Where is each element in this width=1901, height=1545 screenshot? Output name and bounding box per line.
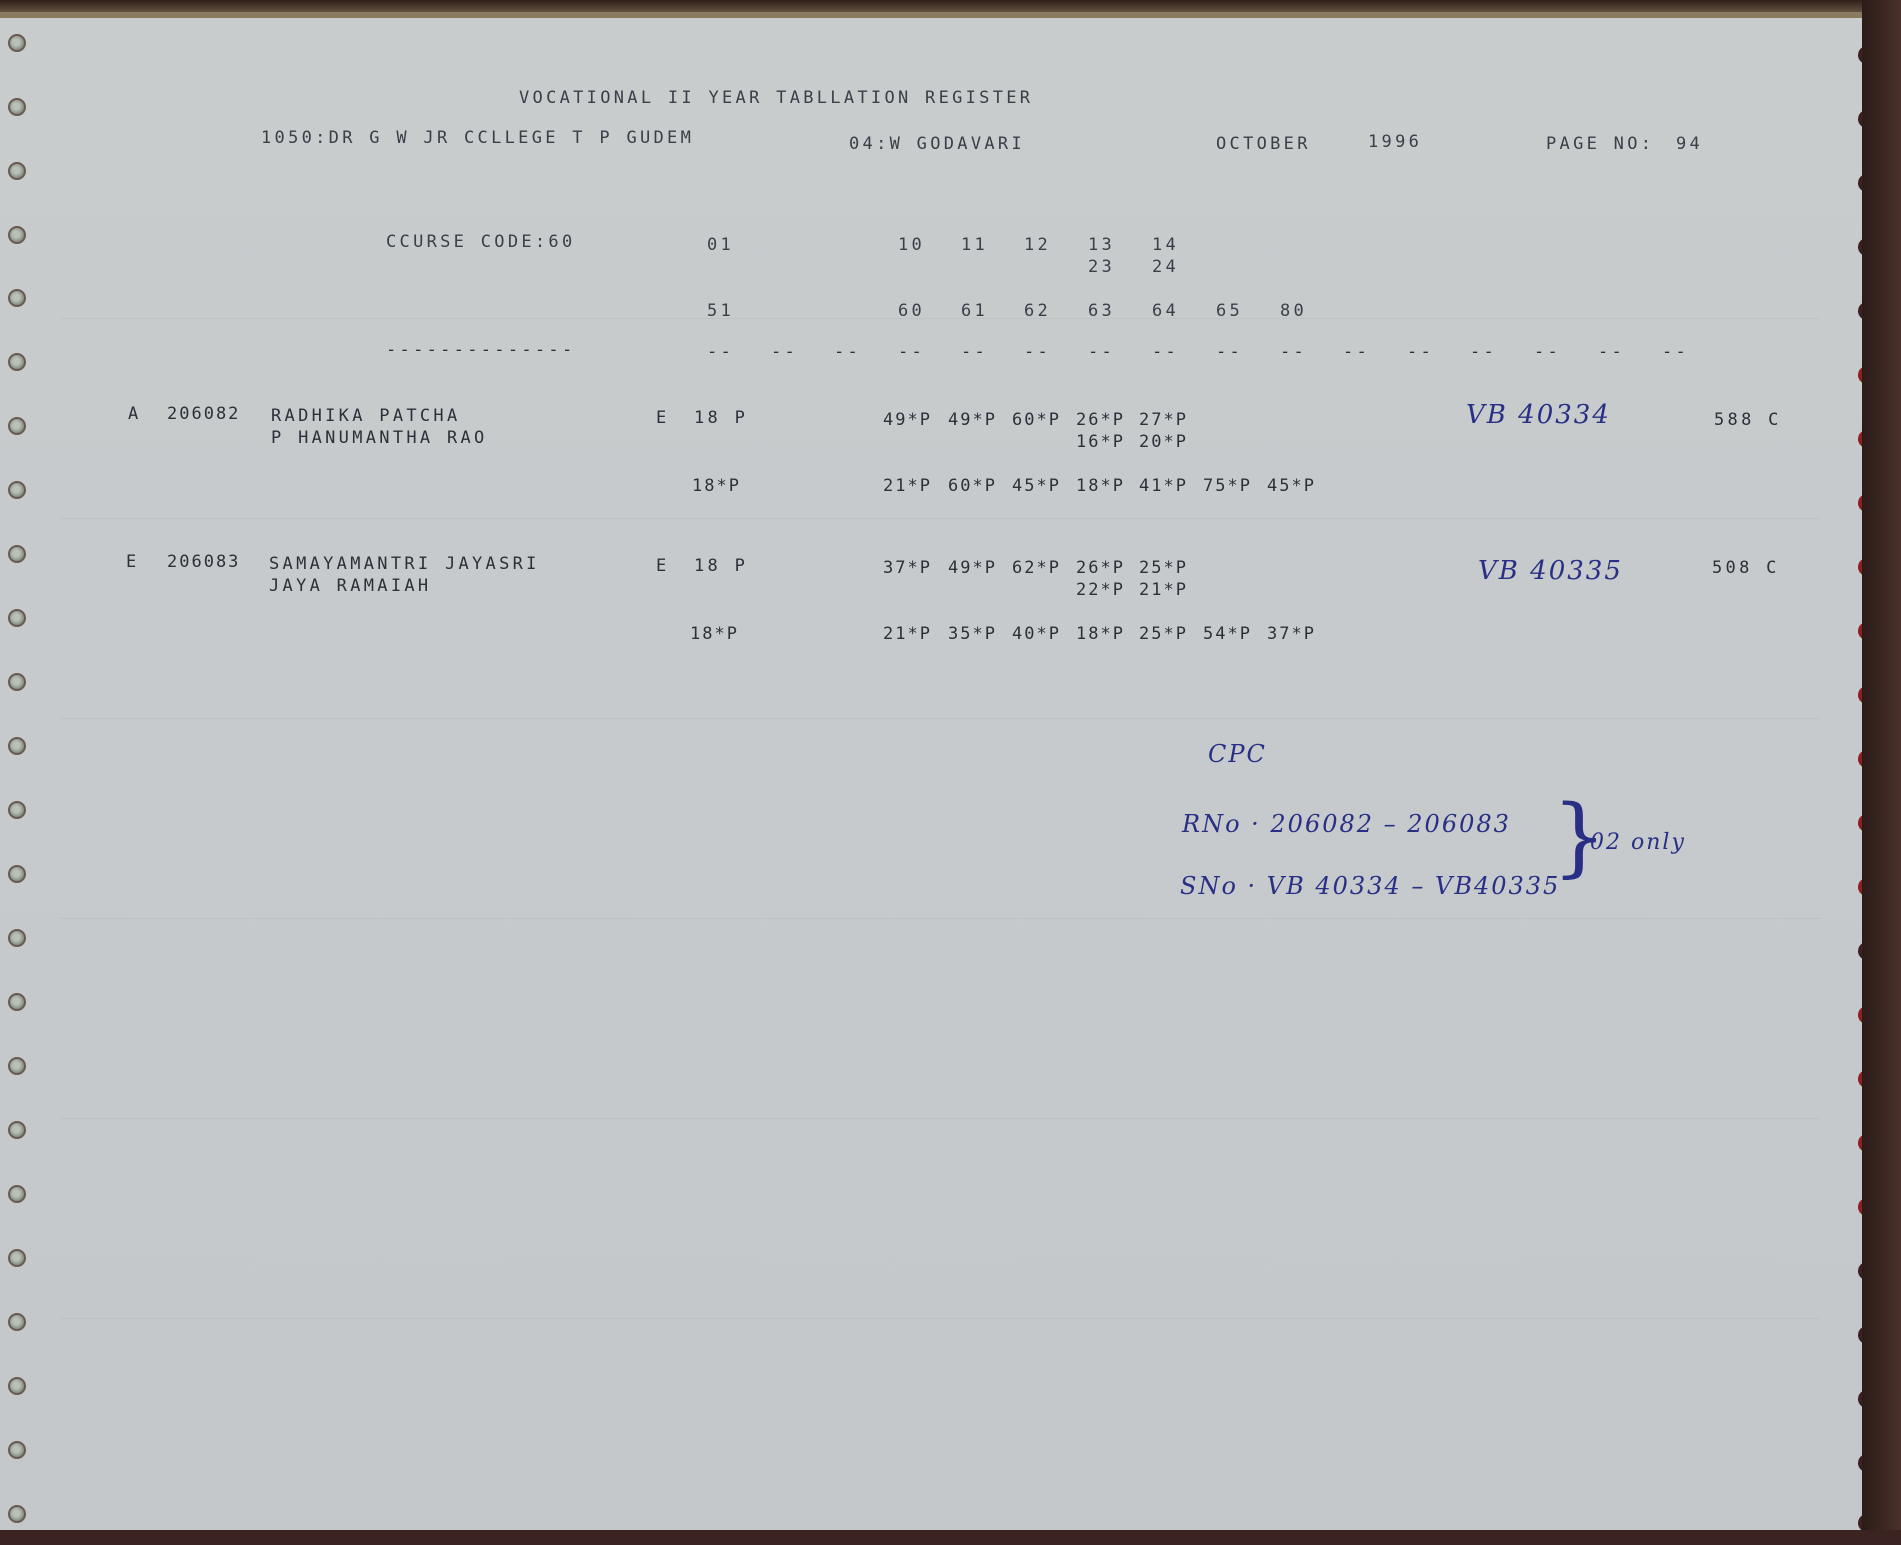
- subject-mark: 49*P: [948, 558, 997, 578]
- feed-hole-icon: [8, 353, 26, 371]
- subject-mark: 18*P: [1076, 476, 1125, 496]
- record-group: A: [128, 404, 142, 424]
- note-heading: CPC: [1208, 740, 1267, 768]
- page-label: PAGE NO:: [1546, 134, 1654, 154]
- roll-number: 206082: [167, 404, 240, 424]
- feed-hole-icon: [8, 34, 26, 52]
- handwritten-serial-number: VB 40335: [1478, 556, 1623, 586]
- dash-column: --: [771, 342, 798, 362]
- feed-hole-icon: [8, 1505, 26, 1523]
- dash-column: --: [1407, 342, 1434, 362]
- subject-mark: 25*P: [1139, 624, 1188, 644]
- parent-name: JAYA RAMAIAH: [269, 576, 431, 596]
- feed-hole-icon: [8, 98, 26, 116]
- dash-column: --: [1598, 342, 1625, 362]
- feed-hole-icon: [8, 545, 26, 563]
- subject-mark: 75*P: [1203, 476, 1252, 496]
- column-header: 12: [1024, 235, 1051, 255]
- dash-column: --: [961, 342, 988, 362]
- feed-hole-icon: [8, 1121, 26, 1139]
- course-code: CCURSE CODE:60: [386, 232, 576, 252]
- dash-column: --: [1662, 342, 1689, 362]
- column-header: 63: [1088, 301, 1115, 321]
- note-count: 02 only: [1590, 830, 1686, 855]
- ledger-line: [60, 918, 1820, 919]
- subject-mark: 60*P: [1012, 410, 1061, 430]
- medium: E: [656, 408, 670, 428]
- subject-mark: 22*P: [1076, 580, 1125, 600]
- district-name: 04:W GODAVARI: [849, 134, 1025, 154]
- subject-mark: 21*P: [883, 624, 932, 644]
- subject-mark: 21*P: [883, 476, 932, 496]
- dash-column: --: [1088, 342, 1115, 362]
- note-serial-range: SNo · VB 40334 – VB40335: [1180, 872, 1560, 900]
- feed-hole-icon: [8, 929, 26, 947]
- record-group: E: [126, 552, 140, 572]
- subject-mark: 49*P: [883, 410, 932, 430]
- column-header: 51: [707, 301, 734, 321]
- feed-hole-icon: [8, 1185, 26, 1203]
- subject-mark: 37*P: [883, 558, 932, 578]
- column-header: 14: [1152, 235, 1179, 255]
- subject-mark: 54*P: [1203, 624, 1252, 644]
- ledger-line: [60, 318, 1820, 319]
- right-background-edge: [1862, 0, 1901, 1545]
- part1-marks-second-year: 18*P: [692, 476, 741, 496]
- column-header: 23: [1088, 257, 1115, 277]
- roll-number: 206083: [167, 552, 240, 572]
- ledger-line: [60, 718, 1820, 719]
- feed-hole-icon: [8, 1377, 26, 1395]
- feed-hole-icon: [8, 801, 26, 819]
- total-marks: 588 C: [1714, 410, 1782, 430]
- column-header: 64: [1152, 301, 1179, 321]
- dash-column: --: [1280, 342, 1307, 362]
- subject-mark: 41*P: [1139, 476, 1188, 496]
- feed-hole-icon: [8, 226, 26, 244]
- page-number: 94: [1676, 134, 1703, 154]
- subject-mark: 37*P: [1267, 624, 1316, 644]
- student-name: RADHIKA PATCHA: [271, 406, 461, 426]
- feed-hole-icon: [8, 1313, 26, 1331]
- subject-mark: 21*P: [1139, 580, 1188, 600]
- student-name: SAMAYAMANTRI JAYASRI: [269, 554, 540, 574]
- feed-hole-icon: [8, 993, 26, 1011]
- subject-mark: 40*P: [1012, 624, 1061, 644]
- column-header: 11: [961, 235, 988, 255]
- part1-marks: 18 P: [694, 408, 748, 428]
- subject-mark: 60*P: [948, 476, 997, 496]
- subject-mark: 27*P: [1139, 410, 1188, 430]
- subject-mark: 45*P: [1267, 476, 1316, 496]
- feed-hole-icon: [8, 673, 26, 691]
- college-name: 1050:DR G W JR CCLLEGE T P GUDEM: [261, 128, 694, 148]
- column-header: 65: [1216, 301, 1243, 321]
- dash-column: --: [707, 342, 734, 362]
- dash-column: --: [898, 342, 925, 362]
- separator-line: --------------: [386, 340, 576, 360]
- subject-mark: 49*P: [948, 410, 997, 430]
- part1-marks: 18 P: [694, 556, 748, 576]
- column-header: 80: [1280, 301, 1307, 321]
- subject-mark: 45*P: [1012, 476, 1061, 496]
- total-marks: 508 C: [1712, 558, 1780, 578]
- medium: E: [656, 556, 670, 576]
- feed-hole-icon: [8, 417, 26, 435]
- feed-hole-icon: [8, 865, 26, 883]
- ledger-line: [60, 518, 1820, 519]
- dash-column: --: [1024, 342, 1051, 362]
- bottom-background-strip: [0, 1530, 1901, 1545]
- ledger-line: [60, 1318, 1820, 1319]
- feed-hole-icon: [8, 162, 26, 180]
- register-page: VOCATIONAL II YEAR TABLLATION REGISTER 1…: [0, 12, 1862, 1538]
- column-header: 24: [1152, 257, 1179, 277]
- ledger-line: [60, 1118, 1820, 1119]
- subject-mark: 16*P: [1076, 432, 1125, 452]
- column-header: 62: [1024, 301, 1051, 321]
- dash-column: --: [1343, 342, 1370, 362]
- feed-hole-icon: [8, 481, 26, 499]
- register-title: VOCATIONAL II YEAR TABLLATION REGISTER: [519, 88, 1033, 108]
- part1-marks-second-year: 18*P: [690, 624, 739, 644]
- feed-hole-icon: [8, 289, 26, 307]
- feed-hole-icon: [8, 1057, 26, 1075]
- subject-mark: 20*P: [1139, 432, 1188, 452]
- column-header: 60: [898, 301, 925, 321]
- subject-mark: 26*P: [1076, 410, 1125, 430]
- dash-column: --: [834, 342, 861, 362]
- feed-hole-icon: [8, 609, 26, 627]
- column-header: 13: [1088, 235, 1115, 255]
- dash-column: --: [1534, 342, 1561, 362]
- feed-hole-icon: [8, 737, 26, 755]
- dash-column: --: [1216, 342, 1243, 362]
- subject-mark: 35*P: [948, 624, 997, 644]
- dash-column: --: [1470, 342, 1497, 362]
- handwritten-serial-number: VB 40334: [1466, 400, 1611, 430]
- column-header: 01: [707, 235, 734, 255]
- feed-hole-icon: [8, 1441, 26, 1459]
- column-header: 10: [898, 235, 925, 255]
- column-header: 61: [961, 301, 988, 321]
- note-roll-range: RNo · 206082 – 206083: [1182, 810, 1511, 838]
- subject-mark: 18*P: [1076, 624, 1125, 644]
- subject-mark: 62*P: [1012, 558, 1061, 578]
- feed-hole-icon: [8, 1249, 26, 1267]
- exam-year: 1996: [1368, 132, 1422, 152]
- exam-month: OCTOBER: [1216, 134, 1311, 154]
- subject-mark: 26*P: [1076, 558, 1125, 578]
- parent-name: P HANUMANTHA RAO: [271, 428, 488, 448]
- dash-column: --: [1152, 342, 1179, 362]
- subject-mark: 25*P: [1139, 558, 1188, 578]
